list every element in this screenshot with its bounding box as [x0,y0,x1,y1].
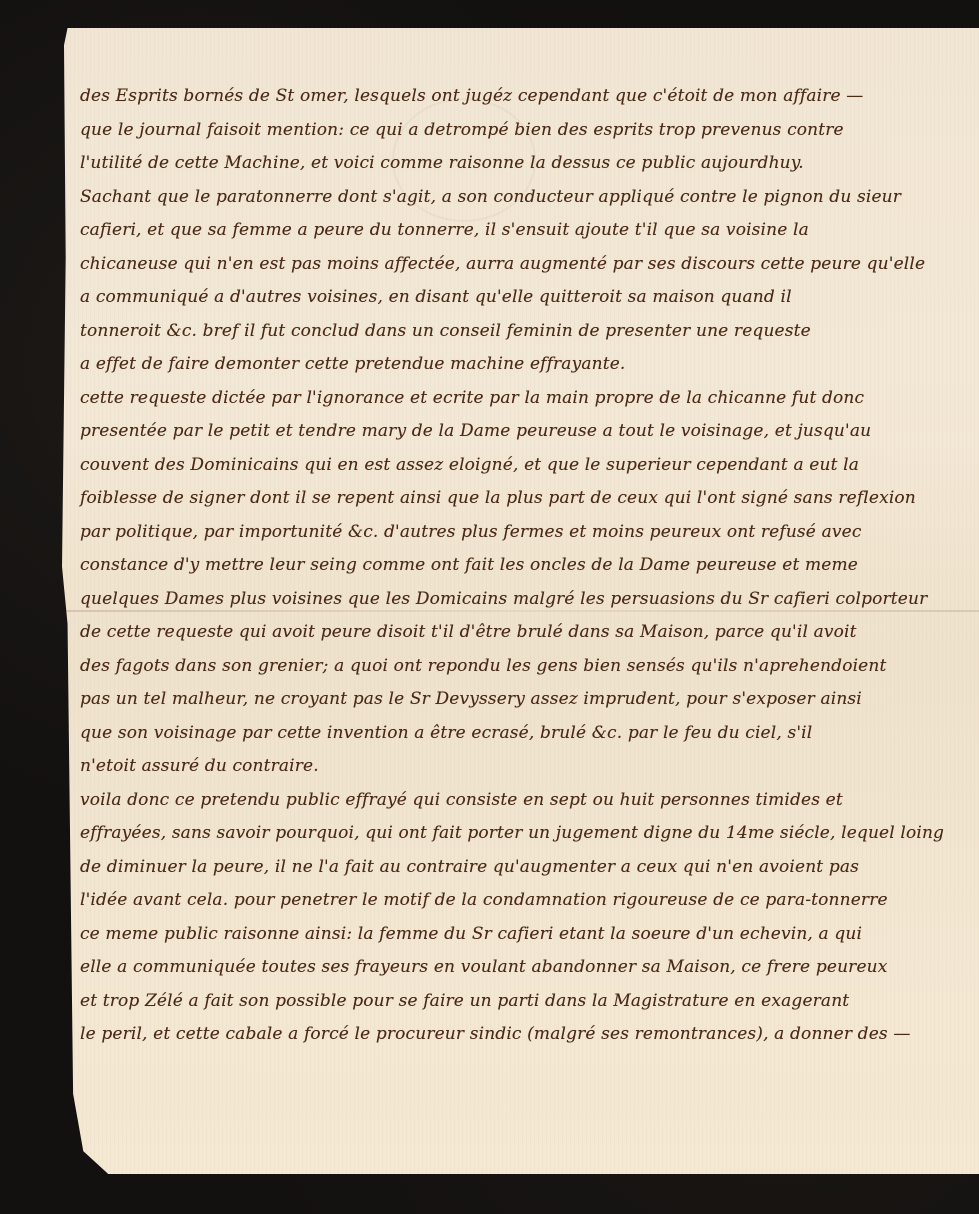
text-line: de cette requeste qui avoit peure disoit… [80,616,960,650]
text-line: chicaneuse qui n'en est pas moins affect… [80,248,960,282]
text-line: a effet de faire demonter cette pretendu… [80,348,960,382]
text-line: foiblesse de signer dont il se repent ai… [80,482,960,516]
text-line: l'idée avant cela. pour penetrer le moti… [80,884,960,918]
text-line: des Esprits bornés de St omer, lesquels … [80,80,960,114]
text-line: que le journal faisoit mention: ce qui a… [80,114,960,148]
handwritten-text-block: des Esprits bornés de St omer, lesquels … [80,80,960,1052]
text-line: des fagots dans son grenier; a quoi ont … [80,650,960,684]
manuscript-page: des Esprits bornés de St omer, lesquels … [62,28,979,1174]
text-line: pas un tel malheur, ne croyant pas le Sr… [80,683,960,717]
text-line: que son voisinage par cette invention a … [80,717,960,751]
text-line: cafieri, et que sa femme a peure du tonn… [80,214,960,248]
text-line: voila donc ce pretendu public effrayé qu… [80,784,960,818]
text-line: quelques Dames plus voisines que les Dom… [80,583,960,617]
text-line: couvent des Dominicains qui en est assez… [80,449,960,483]
text-line: tonneroit &c. bref il fut conclud dans u… [80,315,960,349]
text-line: de diminuer la peure, il ne l'a fait au … [80,851,960,885]
text-line: Sachant que le paratonnerre dont s'agit,… [80,181,960,215]
text-line: l'utilité de cette Machine, et voici com… [80,147,960,181]
text-line: elle a communiquée toutes ses frayeurs e… [80,951,960,985]
text-line: effrayées, sans savoir pourquoi, qui ont… [80,817,960,851]
text-line: constance d'y mettre leur seing comme on… [80,549,960,583]
text-line: le peril, et cette cabale a forcé le pro… [80,1018,960,1052]
text-line: cette requeste dictée par l'ignorance et… [80,382,960,416]
text-line: par politique, par importunité &c. d'aut… [80,516,960,550]
text-line: presentée par le petit et tendre mary de… [80,415,960,449]
text-line: a communiqué a d'autres voisines, en dis… [80,281,960,315]
text-line: et trop Zélé a fait son possible pour se… [80,985,960,1019]
text-line: n'etoit assuré du contraire. [80,750,960,784]
text-line: ce meme public raisonne ainsi: la femme … [80,918,960,952]
